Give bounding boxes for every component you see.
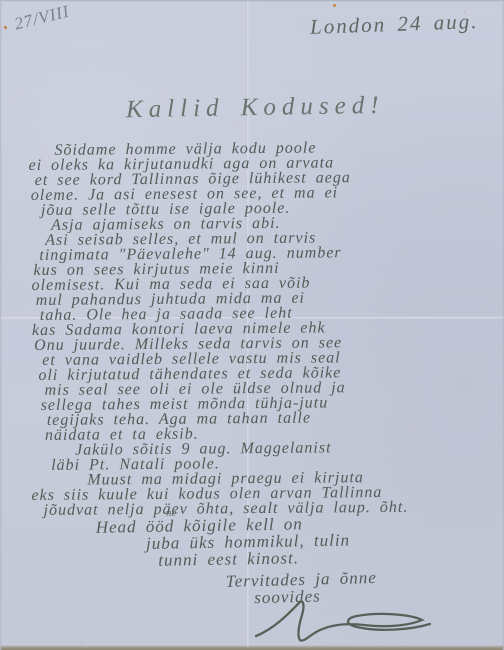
signature-flourish [252,596,437,650]
salutation: Kallid Kodused! [126,92,385,125]
date-annotation-pencil: 27/VIII [12,2,71,35]
foxing-specks [333,4,336,7]
scan-edge-left [0,0,2,650]
letter-page: 27/VIII London 24 aug. Kallid Kodused! S… [0,0,504,650]
dateline: London 24 aug. [309,9,478,40]
scan-edge-top [0,0,504,2]
closing-lines: Head ööd kõigile kell onjuba üks hommiku… [30,512,491,571]
letter-body: Sõidame homme välja kodu pooleei oleks k… [28,139,497,518]
